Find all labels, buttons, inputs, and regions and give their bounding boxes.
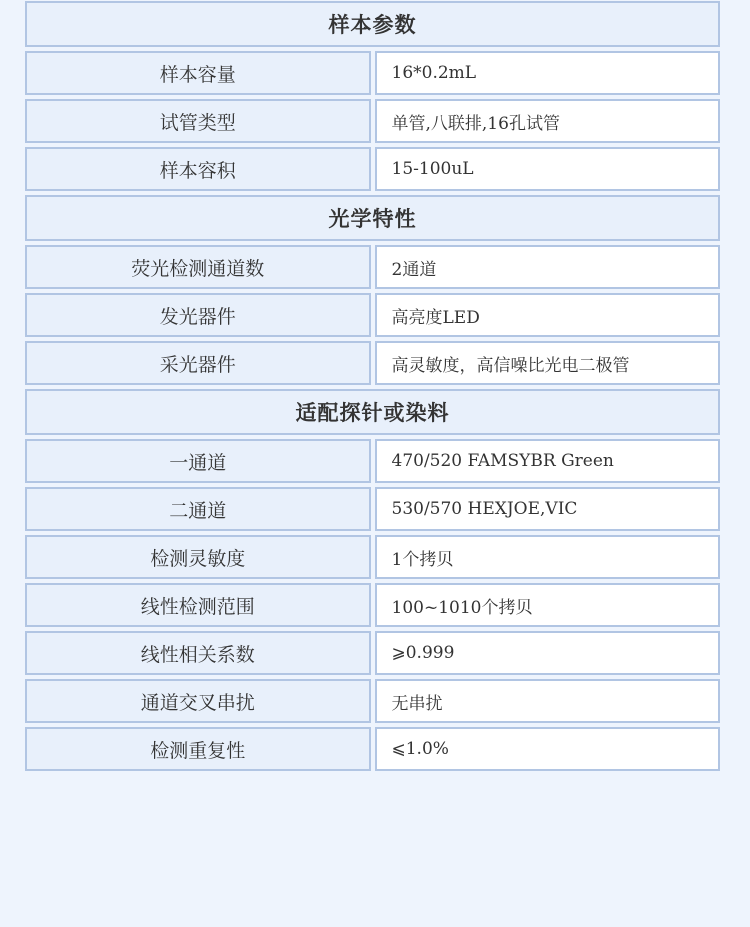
section-header-sample-params: 样本参数 [25,1,720,47]
spec-table: 样本参数 样本容量 16*0.2mL 试管类型 单管,八联排,16孔试管 样本容… [21,0,724,775]
spec-value: 2通道 [375,245,721,289]
spec-label: 荧光检测通道数 [25,245,371,289]
section-header-optical: 光学特性 [25,195,720,241]
spec-value: 高亮度LED [375,293,721,337]
spec-row: 线性相关系数 ⩾0.999 [25,631,720,675]
spec-label: 通道交叉串扰 [25,679,371,723]
spec-label: 检测灵敏度 [25,535,371,579]
spec-value: 无串扰 [375,679,721,723]
spec-label: 发光器件 [25,293,371,337]
spec-value: 高灵敏度，高信噪比光电二极管 [375,341,721,385]
spec-row: 一通道 470/520 FAMSYBR Green [25,439,720,483]
spec-value: 1个拷贝 [375,535,721,579]
section-title: 光学特性 [25,195,720,241]
spec-label: 样本容积 [25,147,371,191]
spec-row: 荧光检测通道数 2通道 [25,245,720,289]
section-title: 样本参数 [25,1,720,47]
spec-row: 检测重复性 ⩽1.0% [25,727,720,771]
spec-label: 二通道 [25,487,371,531]
spec-label: 线性相关系数 [25,631,371,675]
spec-value: 16*0.2mL [375,51,721,95]
spec-label: 线性检测范围 [25,583,371,627]
spec-value: 15-100uL [375,147,721,191]
spec-value: ⩾0.999 [375,631,721,675]
spec-value: 470/520 FAMSYBR Green [375,439,721,483]
spec-row: 样本容积 15-100uL [25,147,720,191]
section-title: 适配探针或染料 [25,389,720,435]
spec-label: 一通道 [25,439,371,483]
spec-value: 530/570 HEXJOE,VIC [375,487,721,531]
spec-row: 试管类型 单管,八联排,16孔试管 [25,99,720,143]
spec-label: 试管类型 [25,99,371,143]
spec-label: 检测重复性 [25,727,371,771]
spec-row: 采光器件 高灵敏度，高信噪比光电二极管 [25,341,720,385]
spec-row: 样本容量 16*0.2mL [25,51,720,95]
spec-value: ⩽1.0% [375,727,721,771]
spec-value: 100~1010个拷贝 [375,583,721,627]
spec-label: 样本容量 [25,51,371,95]
spec-row: 线性检测范围 100~1010个拷贝 [25,583,720,627]
spec-row: 检测灵敏度 1个拷贝 [25,535,720,579]
spec-row: 通道交叉串扰 无串扰 [25,679,720,723]
spec-row: 发光器件 高亮度LED [25,293,720,337]
spec-label: 采光器件 [25,341,371,385]
spec-value: 单管,八联排,16孔试管 [375,99,721,143]
section-header-probes-dyes: 适配探针或染料 [25,389,720,435]
spec-row: 二通道 530/570 HEXJOE,VIC [25,487,720,531]
